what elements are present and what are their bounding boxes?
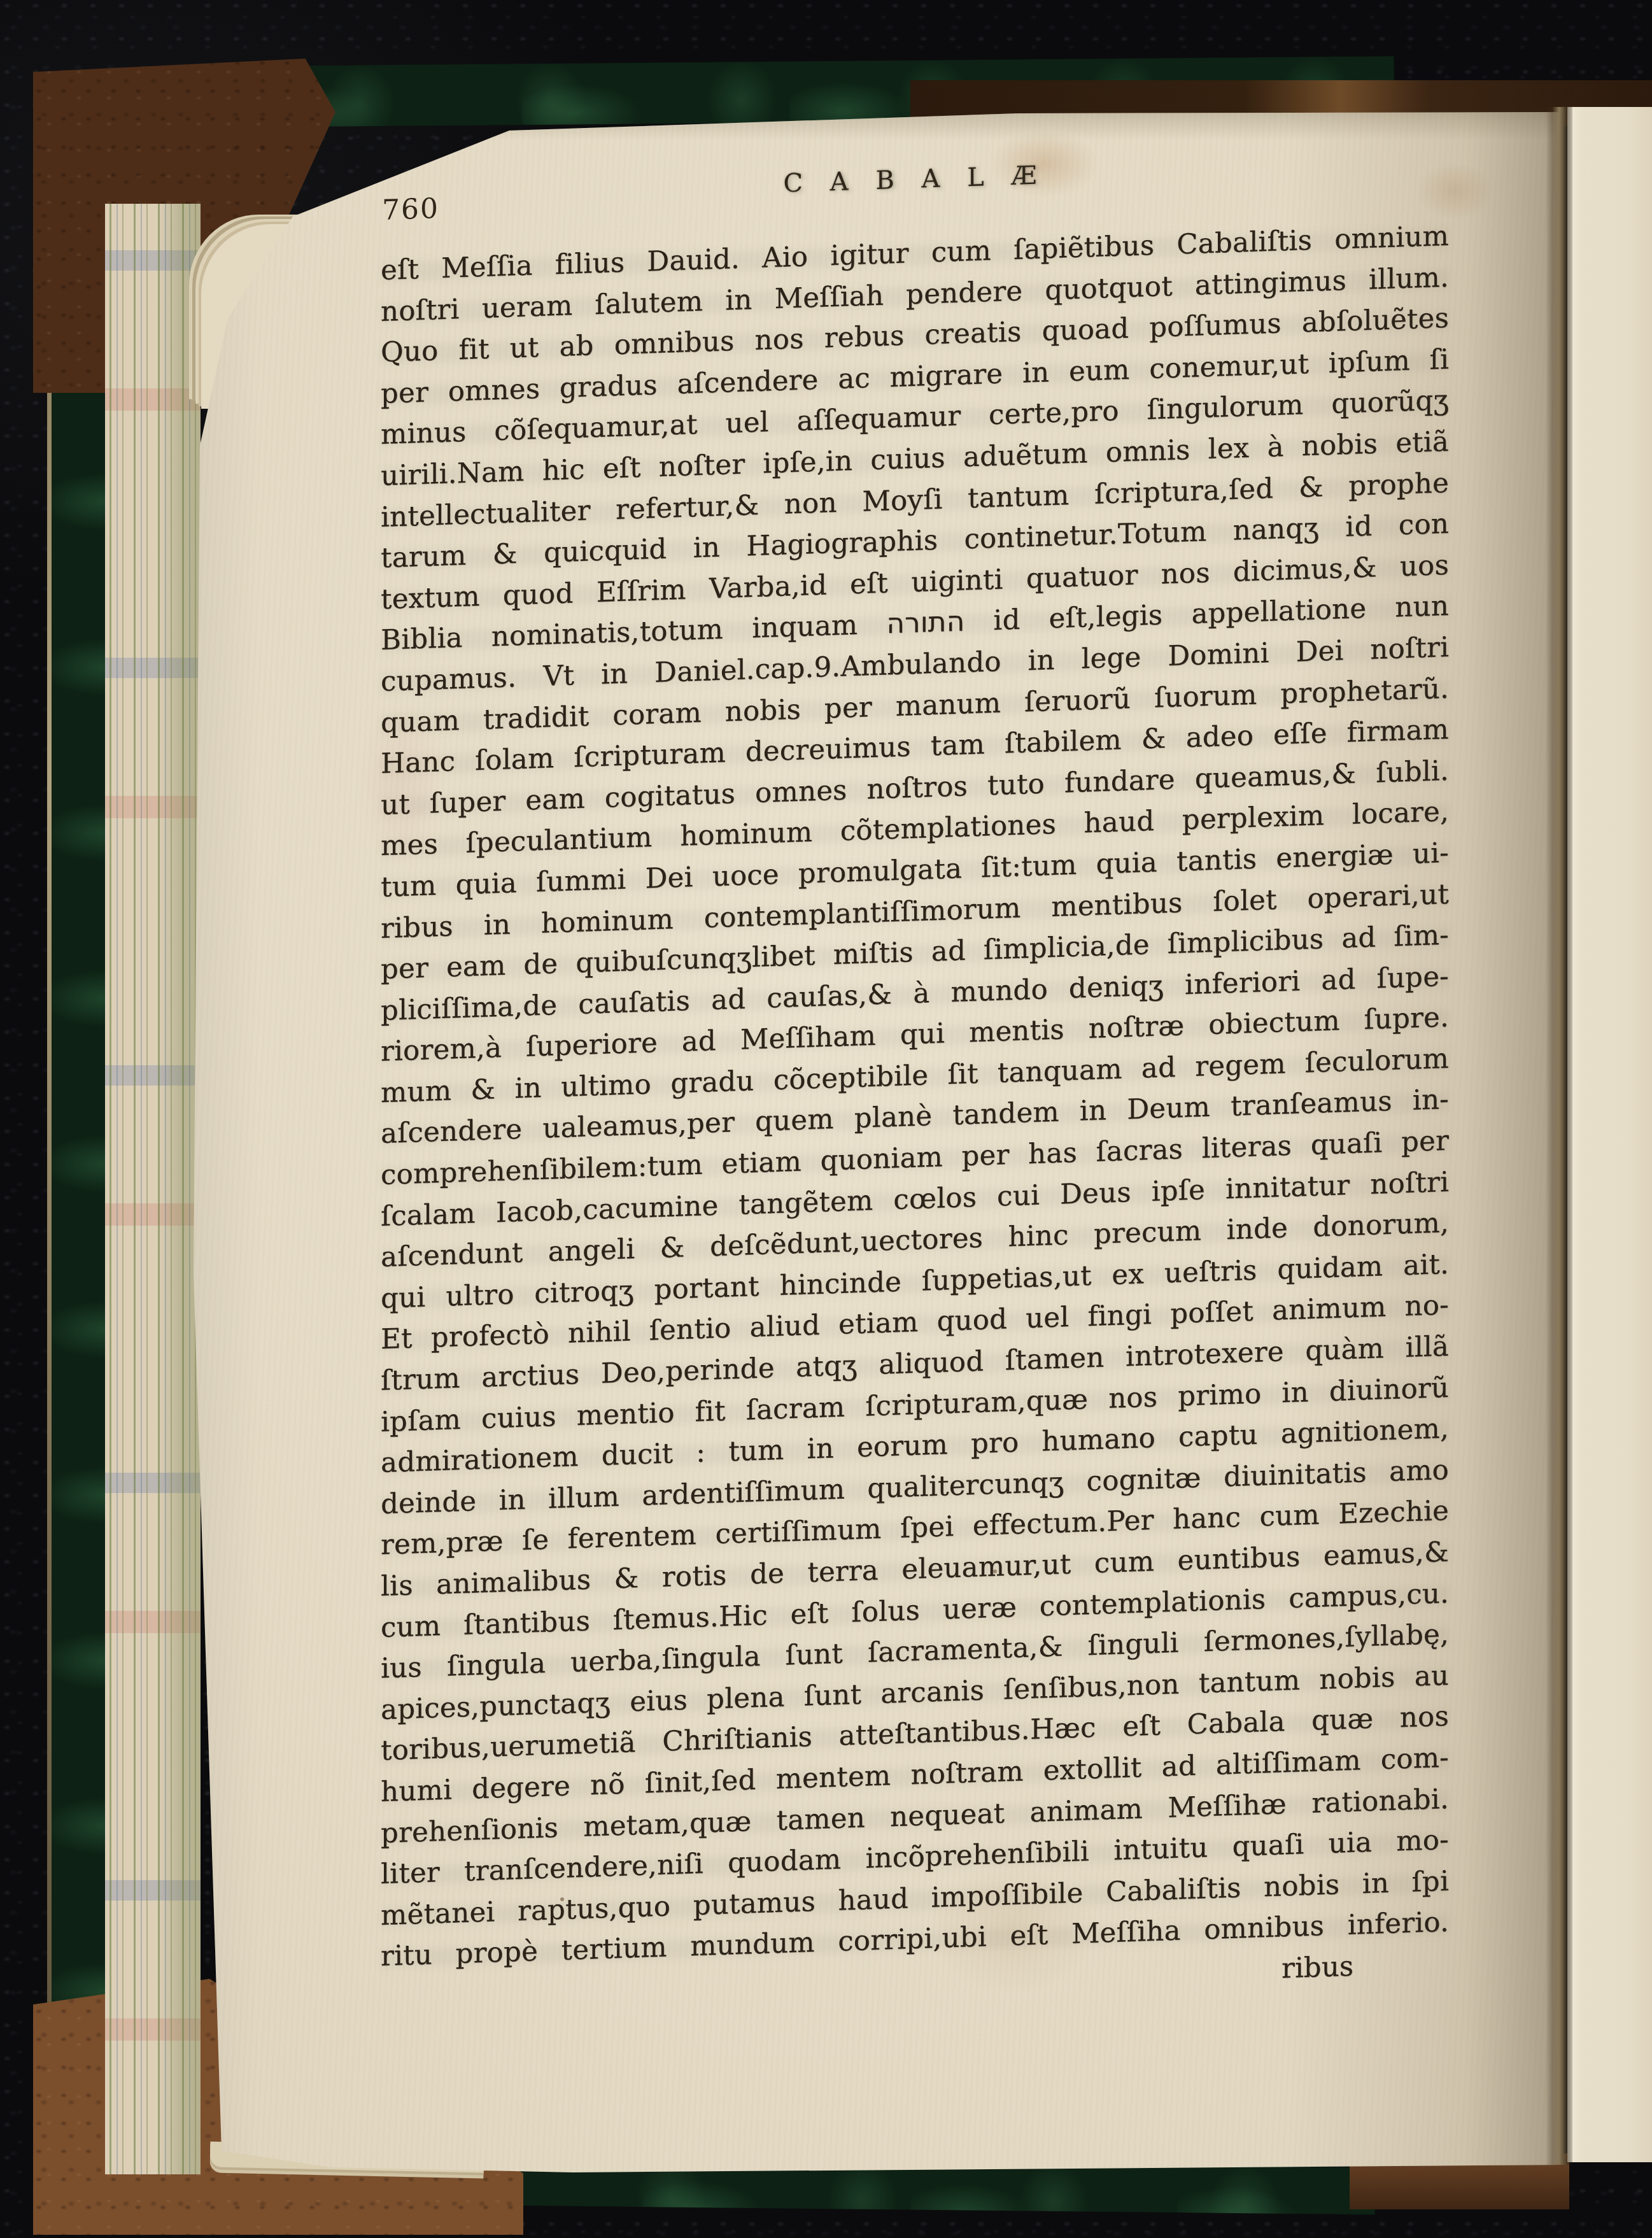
page-fore-edge-stack: [105, 204, 201, 2174]
book-cover-marble-left-edge: [52, 121, 108, 2127]
photo-background: 760 C A B A L Æ eſt Meſſia filius Dauid.…: [0, 0, 1652, 2238]
printed-text-block: 760 C A B A L Æ eſt Meſſia filius Dauid.…: [381, 130, 1449, 2019]
book-gutter-shadow: [1546, 107, 1572, 2165]
cover-edge-highlight-line: [47, 204, 52, 2120]
body-text: eſt Meſſia filius Dauid. Aio igitur cum …: [381, 216, 1449, 1978]
facing-page-sliver: [1567, 107, 1652, 2162]
